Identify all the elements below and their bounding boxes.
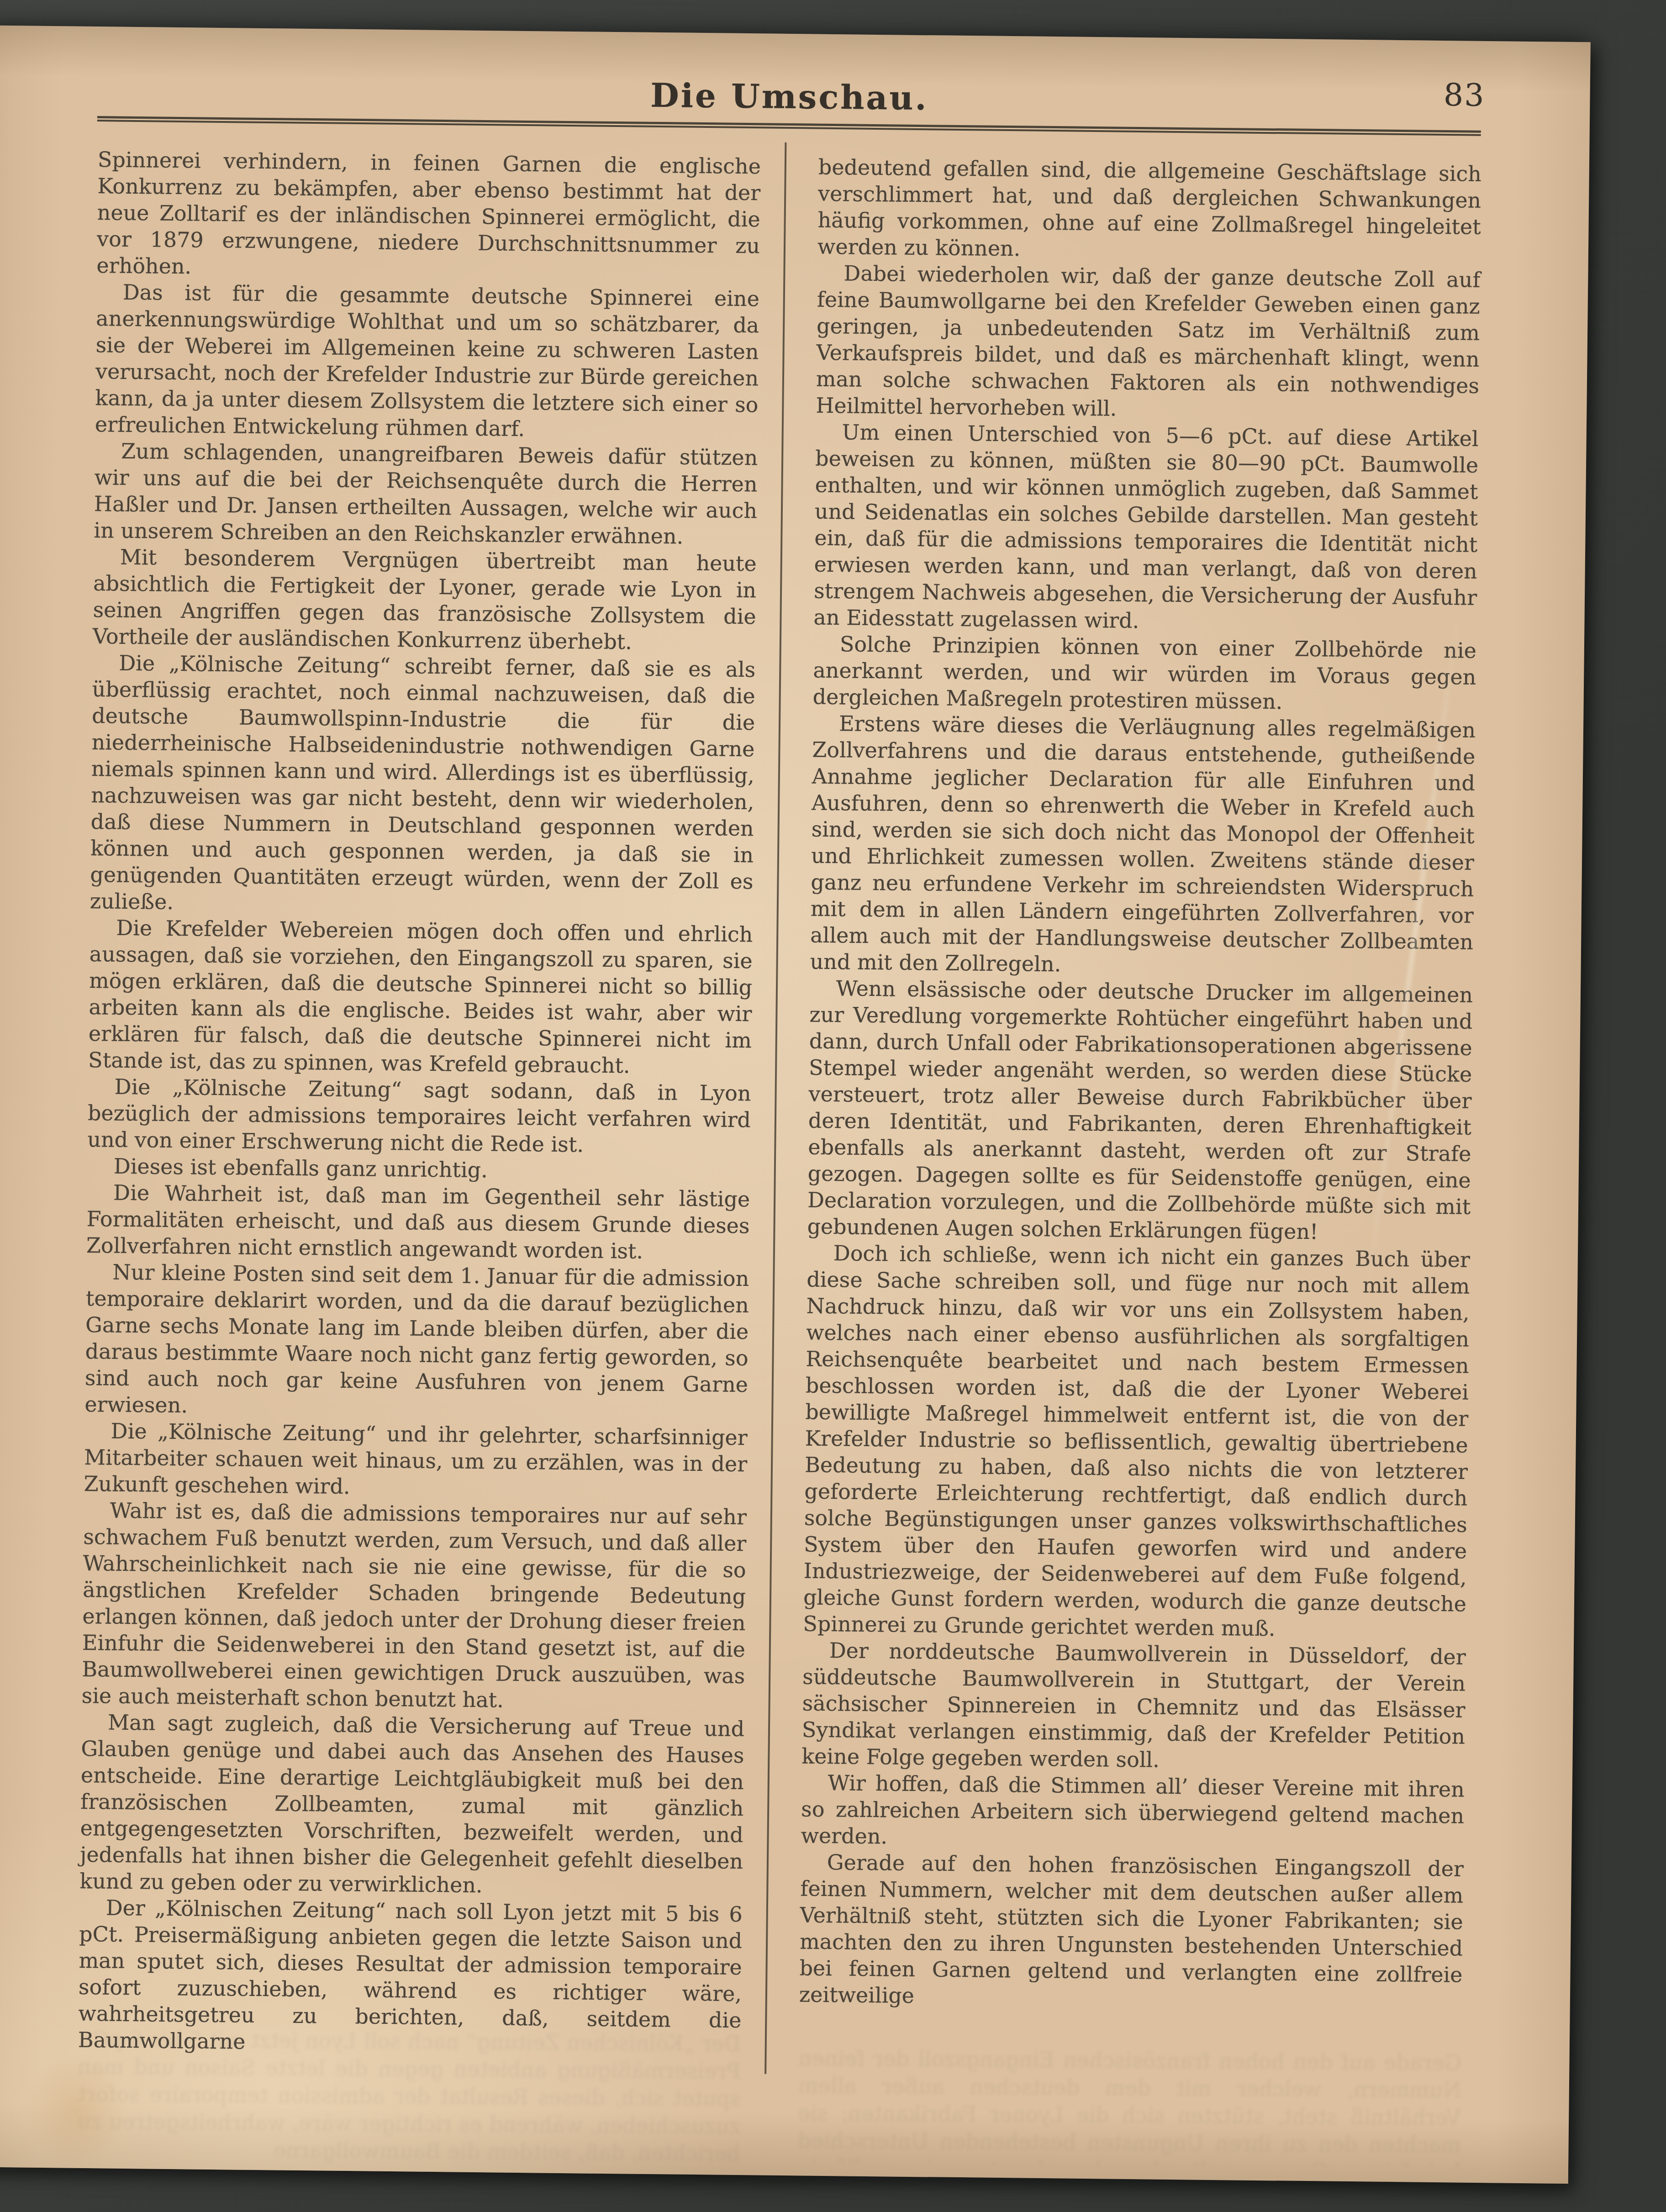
- paragraph: Die „Kölnische Zeitung“ sagt sodann, daß…: [87, 1073, 751, 1159]
- column-divider: [764, 142, 786, 2074]
- paragraph: Wenn elsässische oder deutsche Drucker i…: [807, 975, 1473, 1247]
- right-column: bedeutend gefallen sind, die allgemeine …: [799, 154, 1481, 2015]
- paragraph: Spinnerei verhindern, in feinen Garnen d…: [96, 146, 761, 285]
- paragraph: Um einen Unterschied von 5—6 pCt. auf di…: [813, 419, 1479, 637]
- bleedthrough-text: Gerade auf den hohen französischen Einga…: [798, 2044, 1462, 2168]
- paper-stain: [23, 2054, 130, 2169]
- paragraph: Gerade auf den hohen französischen Einga…: [799, 1849, 1464, 2014]
- paragraph: Die „Kölnische Zeitung“ und ihr gelehrte…: [84, 1417, 748, 1504]
- paragraph: Erstens wäre dieses die Verläugnung alle…: [810, 710, 1476, 982]
- paragraph: Nur kleine Posten sind seit dem 1. Janua…: [84, 1259, 749, 1424]
- paragraph: Mit besonderem Vergnügen übertreibt man …: [93, 543, 757, 656]
- paragraph: Das ist für die gesammte deutsche Spinne…: [95, 279, 760, 444]
- paragraph: Die Wahrheit ist, daß man im Gegentheil …: [86, 1179, 750, 1265]
- paragraph: Dabei wiederholen wir, daß der ganze deu…: [816, 260, 1481, 426]
- paragraph: bedeutend gefallen sind, die allgemeine …: [817, 154, 1481, 267]
- page-title: Die Umschau.: [97, 70, 1481, 123]
- paragraph: Doch ich schließe, wenn ich nicht ein ga…: [803, 1239, 1470, 1643]
- paragraph: Man sagt zugleich, daß die Versicherung …: [79, 1709, 744, 1901]
- paragraph: Die „Kölnische Zeitung“ schreibt ferner,…: [90, 649, 756, 921]
- page-number: 83: [1444, 77, 1485, 114]
- paragraph: Die Krefelder Webereien mögen doch offen…: [88, 914, 753, 1080]
- newspaper-page: Die Umschau. 83 Spinnerei verhindern, in…: [0, 25, 1591, 2184]
- left-column: Spinnerei verhindern, in feinen Garnen d…: [78, 146, 761, 2060]
- paragraph: Der norddeutsche Baumwollverein in Düsse…: [801, 1637, 1466, 1776]
- paragraph: Zum schlagenden, unangreifbaren Beweis d…: [94, 437, 758, 550]
- paragraph: Der „Kölnischen Zeitung“ nach soll Lyon …: [78, 1894, 743, 2060]
- paragraph: Wir hoffen, daß die Stimmen all’ dieser …: [801, 1769, 1465, 1855]
- paragraph: Solche Prinzipien können von einer Zollb…: [812, 631, 1476, 717]
- paragraph: Wahr ist es, daß die admissions temporai…: [81, 1497, 747, 1716]
